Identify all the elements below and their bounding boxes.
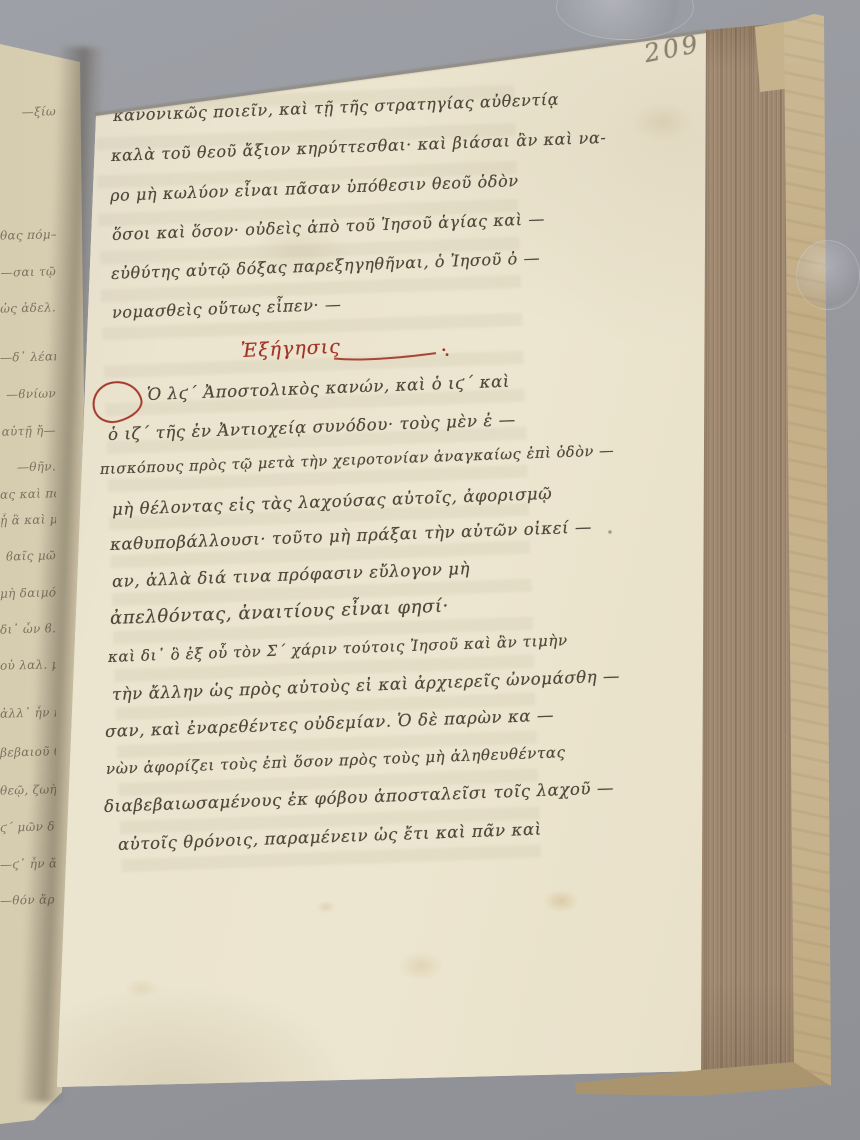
facing-line-fragment: —ξίω: [0, 104, 56, 119]
glass-weight-right: [796, 240, 860, 310]
section-heading-red: Ἐξήγησις: [241, 336, 342, 362]
facing-line-fragment: —σαι τῷ: [0, 264, 56, 279]
manuscript-photo: —ξίω θας πόμ— —σαι τῷ ὡς ἀδελ. —δ᾽ λέαν …: [0, 0, 860, 1140]
facing-line-fragment: θας πόμ—: [0, 227, 56, 242]
